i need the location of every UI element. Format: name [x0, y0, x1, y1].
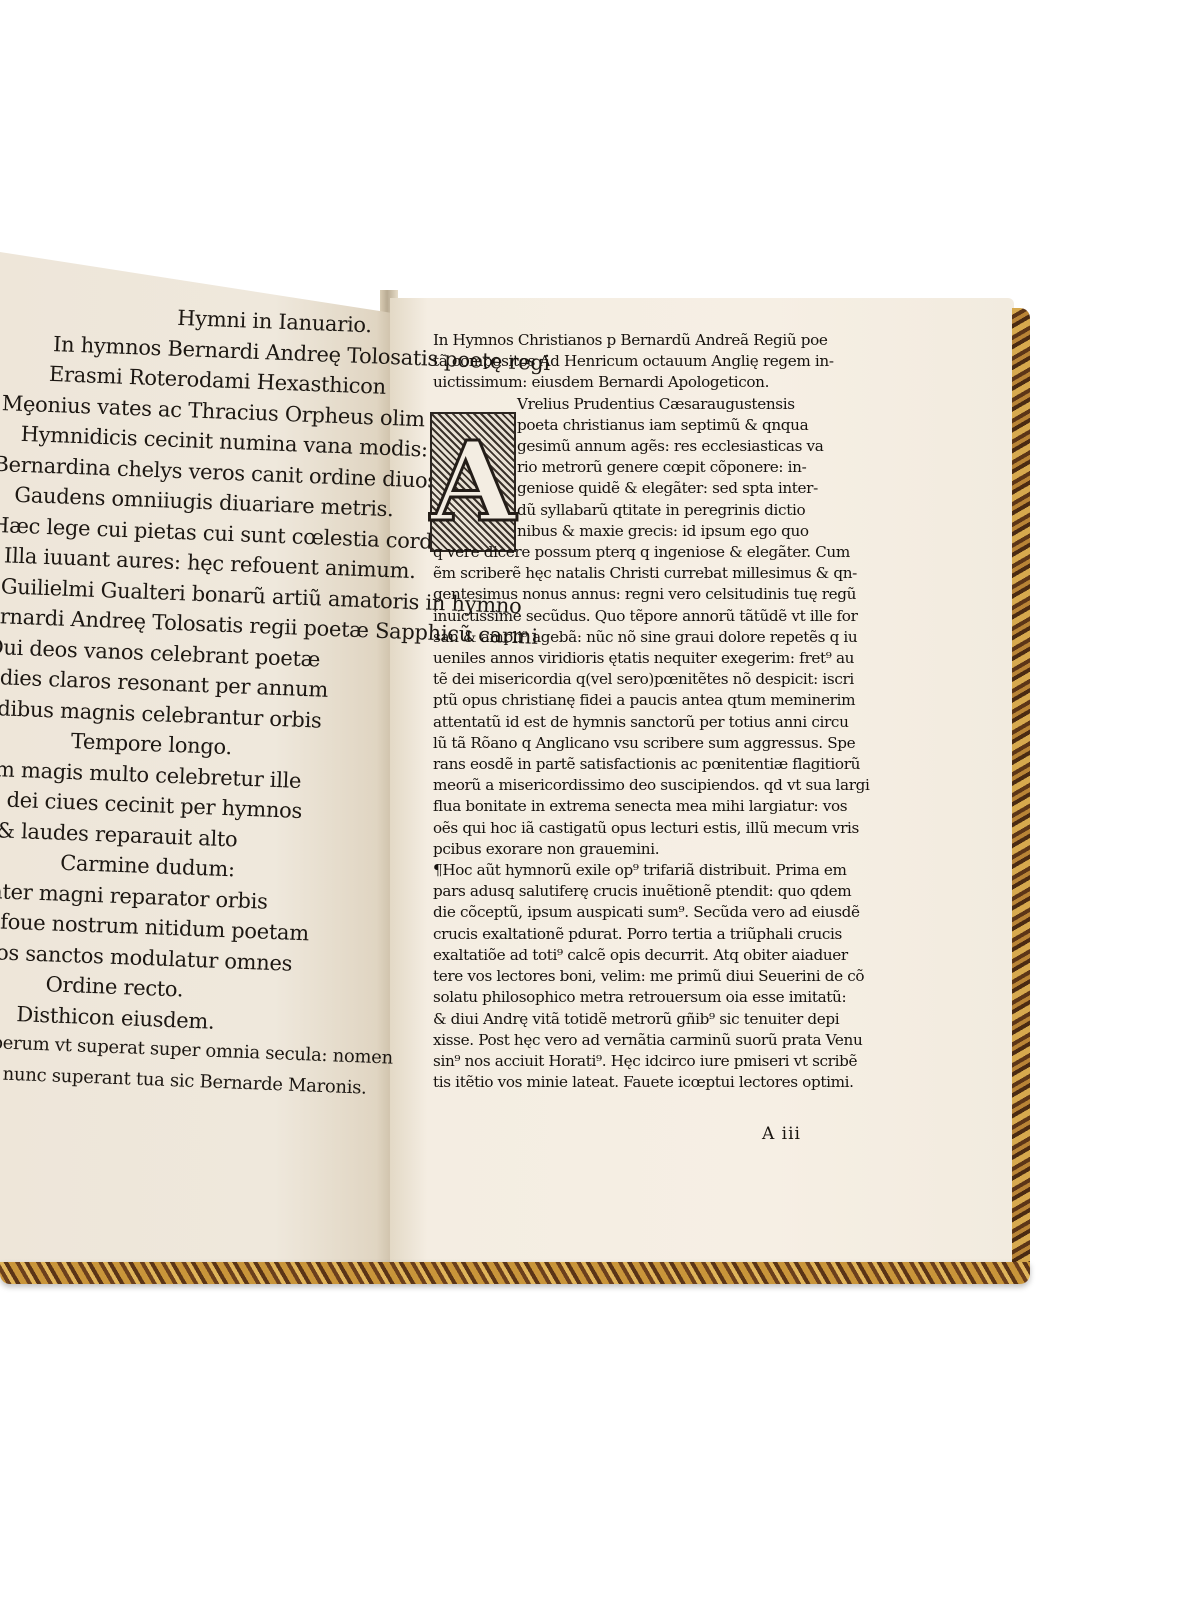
heading-line: In Hymnos Christianos p Bernardũ Andreã … [433, 330, 873, 351]
gilt-binding-edge-bottom [0, 1262, 1030, 1284]
text-line: ¶Hoc aũt hymnorũ exile op⁹ trifariã dist… [433, 860, 873, 881]
text-line: rans eosdẽ in partẽ satisfactionis ac pœ… [433, 754, 873, 775]
text-line: xisse. Post hęc vero ad vernãtia carminũ… [433, 1030, 873, 1051]
text-line: dũ syllabarũ qtitate in peregrinis dicti… [433, 500, 873, 521]
text-line: ptũ opus christianę fidei a paucis antea… [433, 690, 873, 711]
text-line: ẽm scriberẽ hęc natalis Christi currebat… [433, 563, 873, 584]
right-page-text: In Hymnos Christianos p Bernardũ Andreã … [433, 330, 873, 1093]
text-line: exaltatiõe ad toti⁹ calcẽ opis decurrit.… [433, 945, 873, 966]
text-line: ueniles annos viridioris ętatis nequiter… [433, 648, 873, 669]
text-line: geniose quidẽ & elegãter: sed spta inter… [433, 478, 873, 499]
text-line: tere vos lectores boni, velim: me primũ … [433, 966, 873, 987]
text-line: attentatũ id est de hymnis sanctorũ per … [433, 712, 873, 733]
gilt-binding-edge-right [1012, 308, 1030, 1276]
text-line: lũ tã Rõano q Anglicano vsu scribere sum… [433, 733, 873, 754]
text-line: flua bonitate in extrema senecta mea mih… [433, 796, 873, 817]
text-line: gesimũ annum agẽs: res ecclesiasticas va [433, 436, 873, 457]
text-line: die cõceptũ, ipsum auspicati sum⁹. Secũd… [433, 902, 873, 923]
text-line: inuictissime secũdus. Quo tẽpore annorũ … [433, 606, 873, 627]
text-line: meorũ a misericordissimo deo suscipiendo… [433, 775, 873, 796]
heading-line: tã compositos Ad Henricum octauum Anglię… [433, 351, 873, 372]
signature-mark: A iii [762, 1124, 801, 1144]
text-line: oẽs qui hoc iã castigatũ opus lecturi es… [433, 818, 873, 839]
text-line: nibus & maxie grecis: id ipsum ego quo [433, 521, 873, 542]
left-page-text: Hymni in Ianuario. In hymnos Bernardi An… [0, 296, 392, 1103]
text-line: solatu philosophico metra retrouersum oi… [433, 987, 873, 1008]
text-line: q vere dicere possum pterq q ingeniose &… [433, 542, 873, 563]
heading-line: uictissimum: eiusdem Bernardi Apologetic… [433, 372, 873, 393]
text-line: & diui Andrę vitã totidẽ metrorũ gñib⁹ s… [433, 1009, 873, 1030]
text-line: rio metrorũ genere cœpit cõponere: in- [433, 457, 873, 478]
text-line: gentesimus nonus annus: regni vero celsi… [433, 584, 873, 605]
text-line: pcibus exorare non grauemini. [433, 839, 873, 860]
text-line: pars adusq salutiferę crucis inuẽtionẽ p… [433, 881, 873, 902]
text-line: tẽ dei misericordia q(vel sero)pœnitẽtes… [433, 669, 873, 690]
open-book: Hymni in Ianuario. In hymnos Bernardi An… [0, 0, 1200, 1600]
text-line: poeta christianus iam septimũ & qnqua [433, 415, 873, 436]
text-line: sin⁹ nos acciuit Horati⁹. Hęc idcirco iu… [433, 1051, 873, 1072]
text-line: Vrelius Prudentius Cæsaraugustensis [433, 394, 873, 415]
text-line: san & ampli⁹ agebã: nũc nõ sine graui do… [433, 627, 873, 648]
text-line: tis itẽtio vos minie lateat. Fauete icœp… [433, 1072, 873, 1093]
text-line: crucis exaltationẽ pdurat. Porro tertia … [433, 924, 873, 945]
